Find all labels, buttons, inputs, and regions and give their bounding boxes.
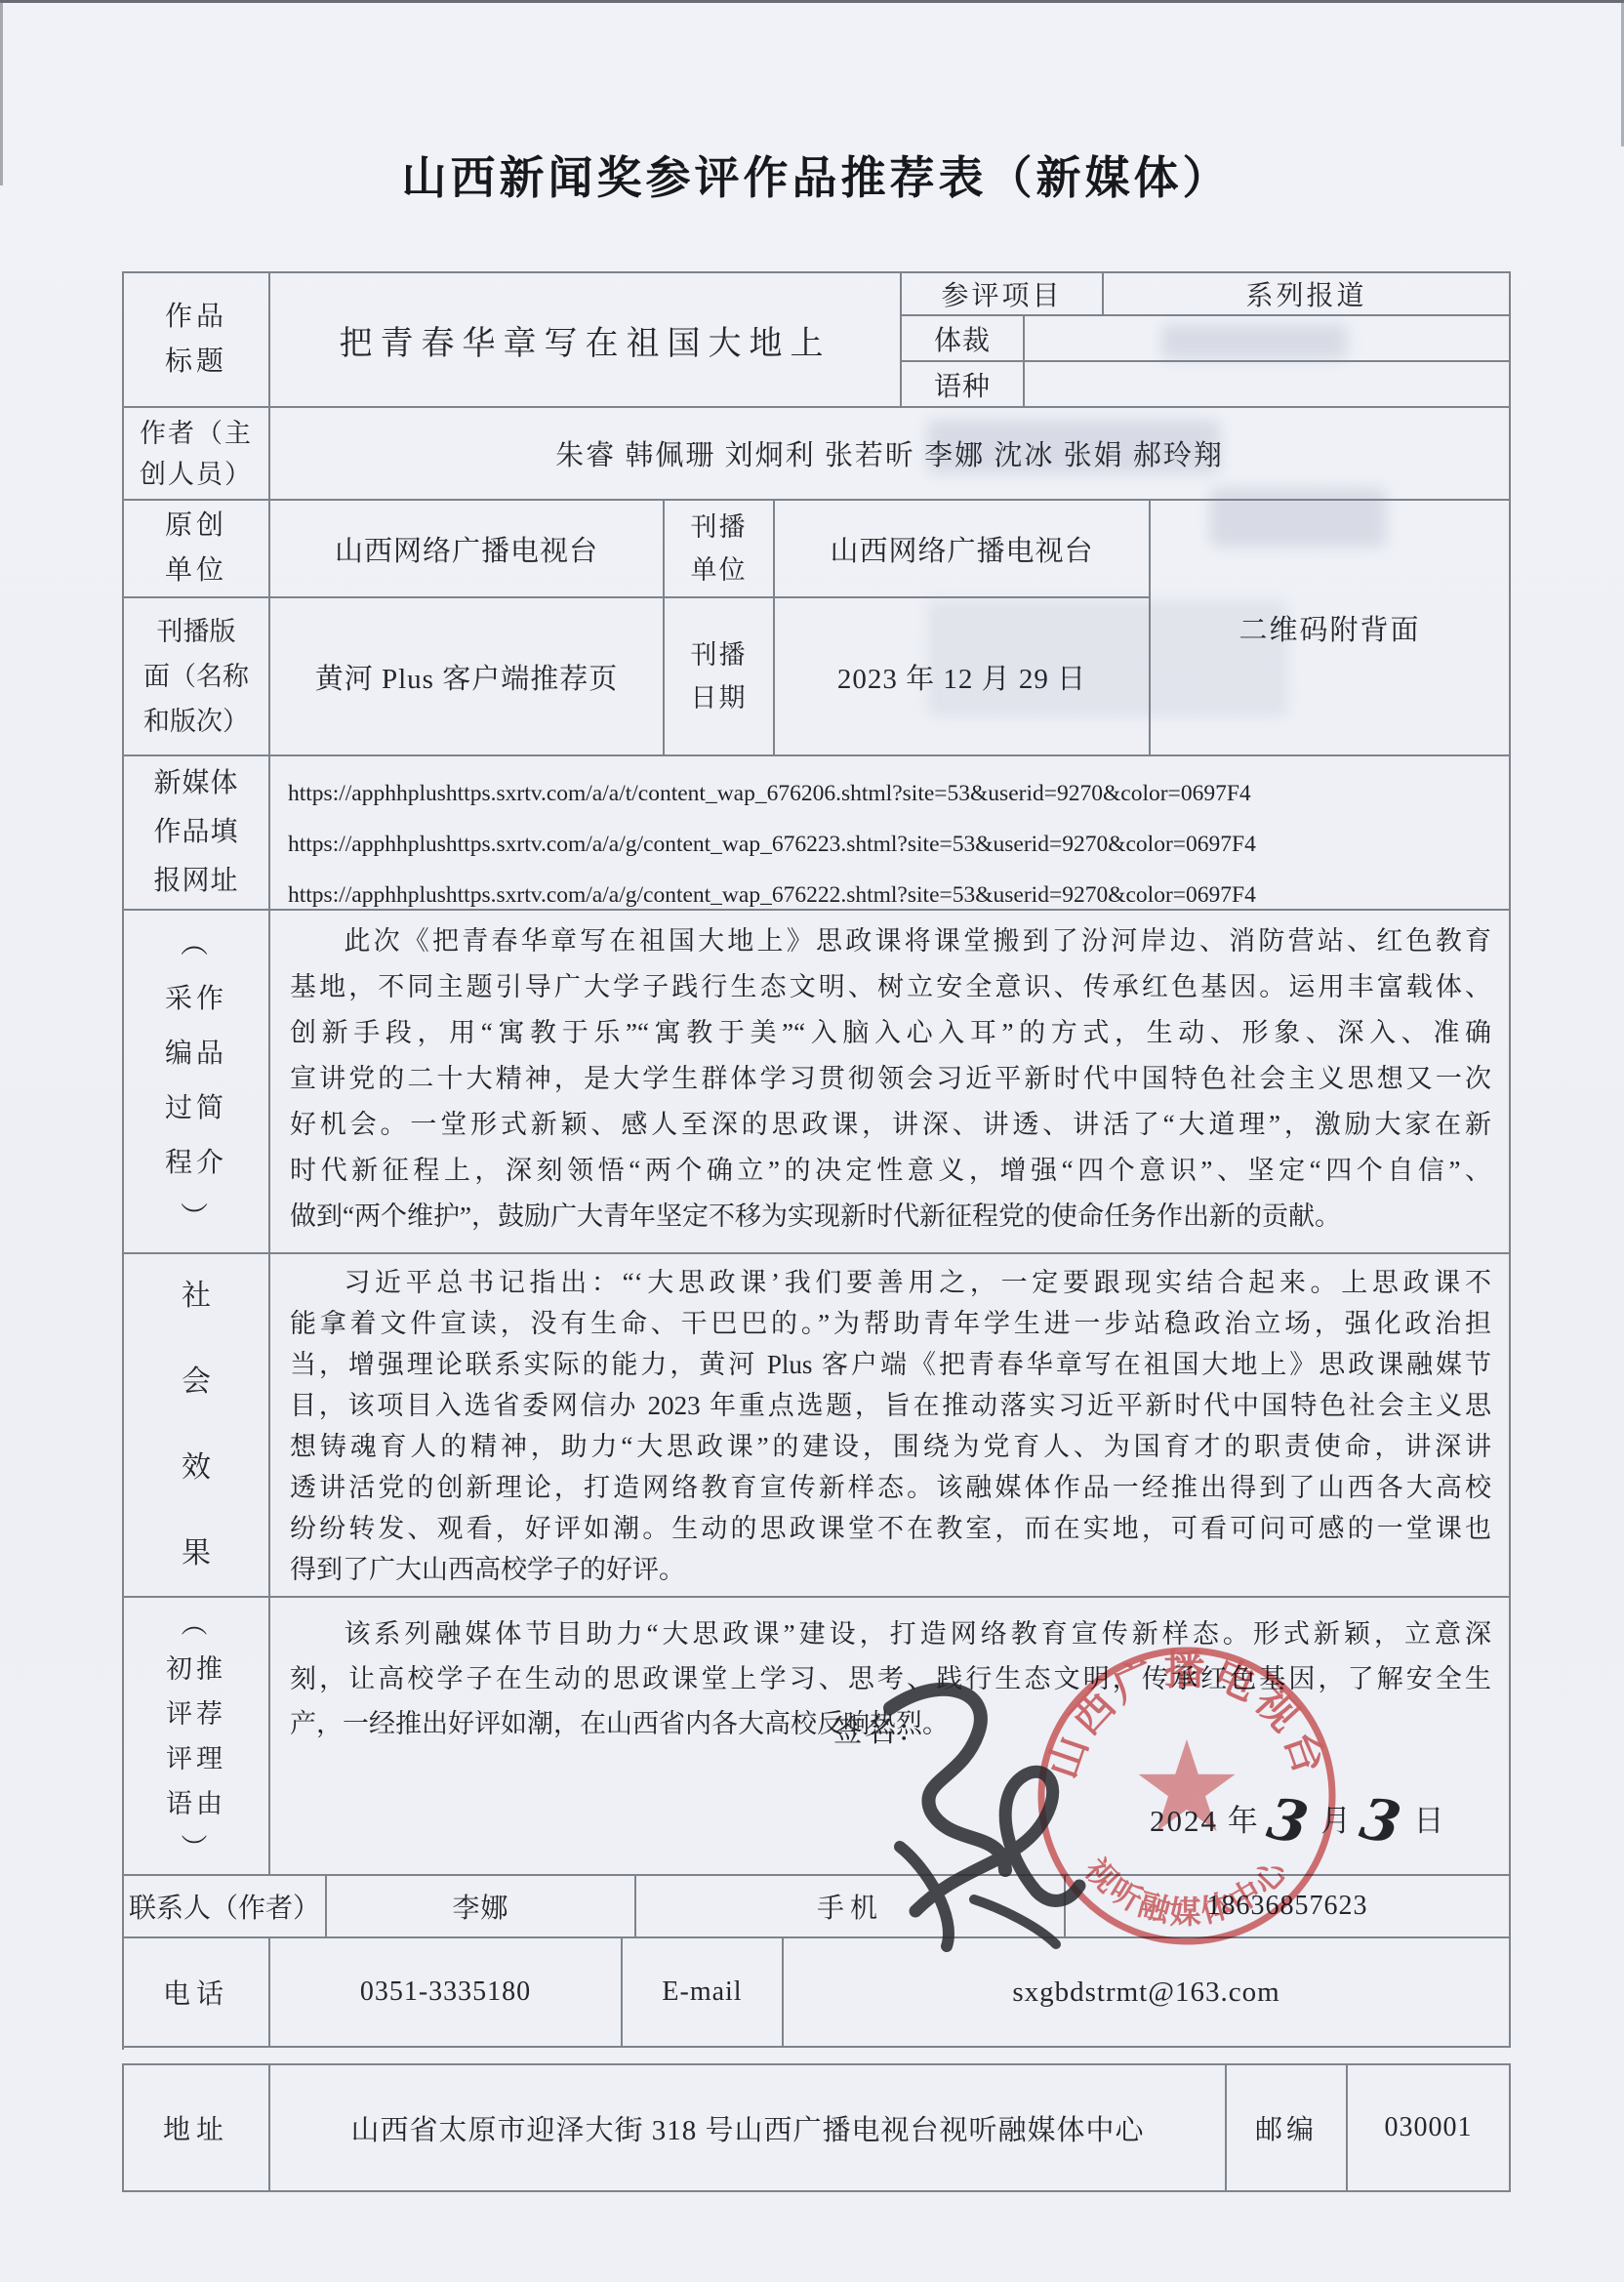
cell-entry-item-label: 参评项目 [902,273,1104,316]
work-title-label: 作品 标题 [165,295,227,385]
postcode-value: 030001 [1385,2112,1473,2143]
cell-qr-note: 二维码附背面 [1151,501,1511,756]
urls-label: 新媒体 作品填 报网址 [153,759,238,906]
cell-original-unit-value: 山西网络广播电视台 [270,501,665,598]
text-line: 透讲活党的创新理论，打造网络教育宣传新样态。该融媒体作品一经推出得到了山西各大高… [290,1467,1491,1508]
genre-label: 体裁 [934,319,991,358]
process-paragraph: 此次《把青春华章写在祖国大地上》思政课将课堂搬到了汾河岸边、消防营站、红色教育 … [270,911,1509,1240]
handwritten-signature [857,1665,1115,1958]
text-line: 习近平总书记指出：“‘大思政课’我们要善用之，一定要跟现实结合起来。上思政课不 [290,1262,1491,1303]
layout-value: 黄河 Plus 客户端推荐页 [315,657,618,697]
address-label: 地址 [163,2108,229,2147]
scan-edge-left [0,0,3,185]
cell-original-unit-label: 原创 单位 [124,501,270,598]
address-table: 地址 山西省太原市迎泽大街 318 号山西广播电视台视听融媒体中心 邮编 030… [122,2063,1511,2192]
cell-publish-unit-label: 刊播 单位 [665,501,775,598]
publish-date-value: 2023 年 12 月 29 日 [837,657,1086,697]
url-line: https://apphhplushttps.sxrtv.com/a/a/g/c… [288,870,1495,911]
cell-entry-item-value: 系列报道 [1104,273,1511,316]
cell-publish-unit-value: 山西网络广播电视台 [775,501,1151,598]
cell-urls-value: https://apphhplushttps.sxrtv.com/a/a/t/c… [270,756,1511,911]
social-effect-label: 社 会 效 果 [182,1254,211,1597]
cell-review-label: ︵ 初推 评荐 评理 语由 ︶ [124,1598,270,1876]
cell-phone-value: 0351-3335180 [270,1938,623,2048]
cell-authors-label: 作者（主 创人员） [124,408,270,501]
cell-work-title-label: 作品 标题 [124,273,270,408]
cell-contact-name: 李娜 [327,1876,636,1938]
entry-item-label: 参评项目 [941,274,1062,313]
cell-process-text: 此次《把青春华章写在祖国大地上》思政课将课堂搬到了汾河岸边、消防营站、红色教育 … [270,911,1511,1254]
scan-edge-top [0,0,1624,3]
cell-postcode-label: 邮编 [1227,2065,1348,2192]
cell-phone-label: 电话 [124,1938,270,2048]
process-label: ︵ 采作 编品 过简 程介 ︶ [165,917,227,1245]
authors-label: 作者（主 创人员） [140,413,253,495]
text-line: 此次《把青春华章写在祖国大地上》思政课将课堂搬到了汾河岸边、消防营站、红色教育 [290,918,1491,964]
cell-social-text: 习近平总书记指出：“‘大思政课’我们要善用之，一定要跟现实结合起来。上思政课不 … [270,1254,1511,1598]
publish-unit-value: 山西网络广播电视台 [830,529,1093,569]
cell-social-label: 社 会 效 果 [124,1254,270,1598]
language-label: 语种 [934,365,991,404]
cell-layout-label: 刊播版 面（名称 和版次） [124,598,270,756]
text-line: 宣讲党的二十大精神，是大学生群体学习贯彻领会习近平新时代中国特色社会主义思想又一… [290,1056,1491,1102]
date-day-label: 日 [1413,1796,1445,1840]
text-line: 时代新征程上，深刻领悟“两个确立”的决定性意义，增强“四个意识”、坚定“四个自信… [290,1148,1491,1194]
phone-label: 电话 [163,1973,229,2012]
handwritten-day: 3 [1361,1817,1402,1824]
cell-layout-value: 黄河 Plus 客户端推荐页 [270,598,665,756]
text-line: 能拿着文件宣读，没有生命、干巴巴的。”为帮助青年学生进一步站稳政治立场，强化政治… [290,1303,1491,1344]
url-line: https://apphhplushttps.sxrtv.com/a/a/g/c… [288,819,1495,870]
text-line: 想铸魂育人的精神，助力“大思政课”的建设，围绕为党育人、为国育才的职责使命，讲深… [290,1426,1491,1467]
cell-language-value [1025,362,1511,408]
cell-postcode-value: 030001 [1348,2065,1511,2192]
address-value: 山西省太原市迎泽大街 318 号山西广播电视台视听融媒体中心 [350,2108,1144,2148]
cell-work-title-value: 把青春华章写在祖国大地上 [270,273,902,408]
publish-unit-label: 刊播 单位 [691,506,748,591]
date-month-label: 月 [1320,1796,1353,1840]
cell-authors-value: 朱睿 韩佩珊 刘炯利 张若昕 李娜 沈冰 张娟 郝玲翔 [270,408,1511,501]
submission-urls: https://apphhplushttps.sxrtv.com/a/a/t/c… [270,756,1509,911]
review-label: ︵ 初推 评荐 评理 语由 ︶ [166,1602,226,1871]
original-unit-value: 山西网络广播电视台 [335,529,598,569]
publish-date-label: 刊播 日期 [691,633,748,719]
url-line: https://apphhplushttps.sxrtv.com/a/a/t/c… [288,768,1495,819]
cell-urls-label: 新媒体 作品填 报网址 [124,756,270,911]
cell-language-label: 语种 [902,362,1025,408]
contact-name: 李娜 [452,1887,508,1926]
social-paragraph: 习近平总书记指出：“‘大思政课’我们要善用之，一定要跟现实结合起来。上思政课不 … [270,1254,1509,1590]
contact-label: 联系人（作者） [129,1887,320,1926]
cell-genre-value [1025,316,1511,362]
text-line: 做到“两个维护”，鼓励广大青年坚定不移为实现新时代新征程党的使命任务作出新的贡献… [290,1194,1491,1240]
email-value: sxgbdstrmt@163.com [1012,1976,1279,2009]
review-date: 2024 年 3 月 3 日 [1150,1796,1445,1840]
postcode-label: 邮编 [1255,2108,1318,2147]
cell-genre-label: 体裁 [902,316,1025,362]
cell-email-label: E-mail [623,1938,784,2048]
cell-address-label: 地址 [124,2065,270,2192]
text-line: 得到了广大山西高校学子的好评。 [290,1549,1491,1590]
text-line: 基地，不同主题引导广大学子践行生态文明、树立安全意识、传承红色基因。运用丰富载体… [290,964,1491,1010]
text-line: 创新手段，用“寓教于乐”“寓教于美”“入脑入心入耳”的方式，生动、形象、深入、准… [290,1010,1491,1056]
cell-publish-date-label: 刊播 日期 [665,598,775,756]
qr-note: 二维码附背面 [1238,608,1420,648]
phone-value: 0351-3335180 [360,1976,531,2008]
date-year: 2024 年 [1150,1796,1260,1840]
text-line: 当，增强理论联系实际的能力，黄河 Plus 客户端《把青春华章写在祖国大地上》思… [290,1344,1491,1385]
text-line: 纷纷转发、观看，好评如潮。生动的思政课堂不在教室，而在实地，可看可问可感的一堂课… [290,1508,1491,1549]
scanned-form-page: 山西新闻奖参评作品推荐表（新媒体） 作品 标题 把青春华章写在祖国大地上 参评项… [0,0,1624,2282]
email-label: E-mail [662,1976,742,2008]
cell-process-label: ︵ 采作 编品 过简 程介 ︶ [124,911,270,1254]
work-title-value: 把青春华章写在祖国大地上 [340,316,832,364]
text-line: 目，该项目入选省委网信办 2023 年重点选题，旨在推动落实习近平新时代中国特色… [290,1385,1491,1426]
cell-contact-label: 联系人（作者） [124,1876,327,1938]
cell-publish-date-value: 2023 年 12 月 29 日 [775,598,1151,756]
page-title: 山西新闻奖参评作品推荐表（新媒体） [122,143,1511,207]
original-unit-label: 原创 单位 [165,504,227,593]
handwritten-month: 3 [1268,1817,1309,1824]
text-line: 好机会。一堂形式新颖、感人至深的思政课，讲深、讲透、讲活了“大道理”，激励大家在… [290,1102,1491,1148]
authors-names: 朱睿 韩佩珊 刘炯利 张若昕 李娜 沈冰 张娟 郝玲翔 [555,433,1224,473]
cell-address-value: 山西省太原市迎泽大街 318 号山西广播电视台视听融媒体中心 [270,2065,1227,2192]
layout-label: 刊播版 面（名称 和版次） [143,609,249,744]
entry-item-value: 系列报道 [1245,274,1366,313]
